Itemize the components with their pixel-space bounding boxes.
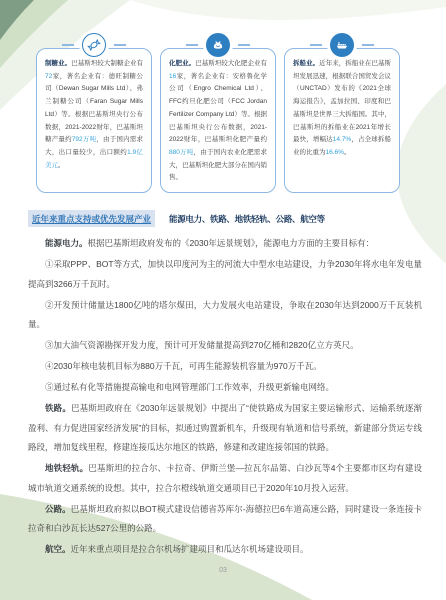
card-segment: 近年来，拆船业在巴基斯坦发展迅速，根据联合国贸发会议（UNCTAD）发布的《20… <box>293 60 391 143</box>
cargo-ship-icon <box>330 33 354 57</box>
section-tag: 近年来重点支持或优先发展产业 <box>28 210 155 227</box>
card-segment: 家，著名企业有：德旺制糖公司（Dewan Sugar Mills Ltd）、弗兰… <box>45 73 143 144</box>
paragraph-text: ③加大油气资源勘探开发力度，预计可开发储量提高到270亿桶和2820亿立方英尺。 <box>45 340 359 350</box>
paragraph-energy: 能源电力。根据巴基斯坦政府发布的《2030年远景规划》，能源电力方面的主要目标有… <box>28 234 422 254</box>
card-segment: 巴基斯坦较大制糖企业有 <box>71 60 143 67</box>
paragraph-goal-5: ⑤通过私有化等措施提高输电和电网管理部门工作效率，升级更新输电网络。 <box>28 378 422 398</box>
paragraph-text: 巴基斯坦政府拟以BOT模式建设信德省苏库尔-海德拉巴6车道高速公路，同时建设一条… <box>28 504 422 534</box>
candy-icon <box>82 33 106 57</box>
paragraph-text: 巴基斯坦的拉合尔、卡拉奇、伊斯兰堡—拉瓦尔品第、白沙瓦等4个主要都市区均有建设城… <box>28 463 422 493</box>
card-title: 拆船业。 <box>293 60 319 67</box>
paragraph-lead: 公路。 <box>45 504 71 514</box>
paragraph-text: 巴基斯坦政府在《2030年远景规划》中提出了“使铁路成为国家主要运输形式、运输系… <box>28 403 422 452</box>
fertilizer-bag-icon <box>206 33 230 57</box>
section-subtitle: 能源电力、铁路、地铁轻轨、公路、航空等 <box>169 213 325 225</box>
paragraph-aviation: 航空。近年来重点项目是拉合尔机场扩建项目和瓜达尔机场建设项目。 <box>28 540 422 560</box>
paragraph-text: ②开发预计储量达1800亿吨的塔尔煤田，大力发展火电站建设，争取在2030年达到… <box>28 300 422 330</box>
paragraph-lead: 航空。 <box>45 544 71 554</box>
card-title: 化肥业。 <box>169 60 195 67</box>
highlight-value: 880万吨 <box>169 149 193 156</box>
card-icon-badge <box>79 30 109 60</box>
icon-right-dash <box>114 44 126 46</box>
paragraph-text: 根据巴基斯坦政府发布的《2030年远景规划》，能源电力方面的主要目标有： <box>88 238 375 248</box>
paragraph-goal-3: ③加大油气资源勘探开发力度，预计可开发储量提高到270亿桶和2820亿立方英尺。 <box>28 336 422 356</box>
page-number: 03 <box>0 567 446 574</box>
paragraph-goal-1: ①采取PPP、BOT等方式，加快以印度河为主的河流大中型水电站建设，力争2030… <box>28 255 422 294</box>
highlight-value: 14.7% <box>333 136 351 143</box>
card-text: 拆船业。近年来，拆船业在巴基斯坦发展迅速，根据联合国贸发会议（UNCTAD）发布… <box>293 58 391 160</box>
highlight-value: 16.6% <box>326 149 344 156</box>
section-heading: 近年来重点支持或优先发展产业 能源电力、铁路、地铁轻轨、公路、航空等 <box>28 210 422 227</box>
paragraph-text: ①采取PPP、BOT等方式，加快以印度河为主的河流大中型水电站建设，力争2030… <box>28 259 422 289</box>
fertilizer-bag-icon-glyph <box>210 37 226 53</box>
document-page: 制糖业。巴基斯坦较大制糖企业有72家，著名企业有：德旺制糖公司（Dewan Su… <box>0 0 446 600</box>
card-icon-badge <box>203 30 233 60</box>
card-title: 制糖业。 <box>45 60 71 67</box>
paragraph-lead: 铁路。 <box>45 403 71 413</box>
card-segment: 。 <box>58 162 65 169</box>
card-sugar-industry: 制糖业。巴基斯坦较大制糖企业有72家，著名企业有：德旺制糖公司（Dewan Su… <box>36 48 152 193</box>
card-text: 化肥业。巴基斯坦较大化肥企业有16家，著名企业有：安格鲁化学公司（Engro C… <box>169 58 267 185</box>
candy-icon-glyph <box>85 36 103 54</box>
card-segment: 巴基斯坦较大化肥企业有 <box>195 60 267 67</box>
cargo-ship-icon-glyph <box>334 37 350 53</box>
paragraph-railway: 铁路。巴基斯坦政府在《2030年远景规划》中提出了“使铁路成为国家主要运输形式、… <box>28 399 422 458</box>
paragraph-highway: 公路。巴基斯坦政府拟以BOT模式建设信德省苏库尔-海德拉巴6车道高速公路，同时建… <box>28 500 422 539</box>
card-segment: 家，著名企业有：安格鲁化学公司（Engro Chemical Ltd）、FFC约… <box>169 73 267 144</box>
card-shipbreaking-industry: 拆船业。近年来，拆船业在巴基斯坦发展迅速，根据联合国贸发会议（UNCTAD）发布… <box>284 48 400 193</box>
card-fertilizer-industry: 化肥业。巴基斯坦较大化肥企业有16家，著名企业有：安格鲁化学公司（Engro C… <box>160 48 276 193</box>
paragraph-lead: 地铁轻轨。 <box>45 463 88 473</box>
paragraph-text: ④2030年核电装机目标为880万千瓦，可再生能源装机容量为970万千瓦。 <box>45 361 322 371</box>
icon-right-dash <box>238 44 250 46</box>
card-icon-badge <box>327 30 357 60</box>
paragraph-goal-2: ②开发预计储量达1800亿吨的塔尔煤田，大力发展火电站建设，争取在2030年达到… <box>28 296 422 335</box>
card-text: 制糖业。巴基斯坦较大制糖企业有72家，著名企业有：德旺制糖公司（Dewan Su… <box>45 58 143 172</box>
card-segment: 。 <box>344 149 351 156</box>
page-content: 制糖业。巴基斯坦较大制糖企业有72家，著名企业有：德旺制糖公司（Dewan Su… <box>0 0 446 560</box>
body-text: 能源电力。根据巴基斯坦政府发布的《2030年远景规划》，能源电力方面的主要目标有… <box>28 234 422 560</box>
paragraph-text: ⑤通过私有化等措施提高输电和电网管理部门工作效率，升级更新输电网络。 <box>45 382 334 392</box>
icon-left-dash <box>62 44 74 46</box>
paragraph-goal-4: ④2030年核电装机目标为880万千瓦，可再生能源装机容量为970万千瓦。 <box>28 357 422 377</box>
paragraph-text: 近年来重点项目是拉合尔机场扩建项目和瓜达尔机场建设项目。 <box>71 544 309 554</box>
icon-left-dash <box>310 44 322 46</box>
paragraph-lead: 能源电力。 <box>45 238 88 248</box>
icon-left-dash <box>186 44 198 46</box>
highlight-value: 792万吨 <box>72 136 96 143</box>
industry-cards-row: 制糖业。巴基斯坦较大制糖企业有72家，著名企业有：德旺制糖公司（Dewan Su… <box>0 0 446 193</box>
icon-right-dash <box>362 44 374 46</box>
paragraph-metro: 地铁轻轨。巴基斯坦的拉合尔、卡拉奇、伊斯兰堡—拉瓦尔品第、白沙瓦等4个主要都市区… <box>28 459 422 498</box>
